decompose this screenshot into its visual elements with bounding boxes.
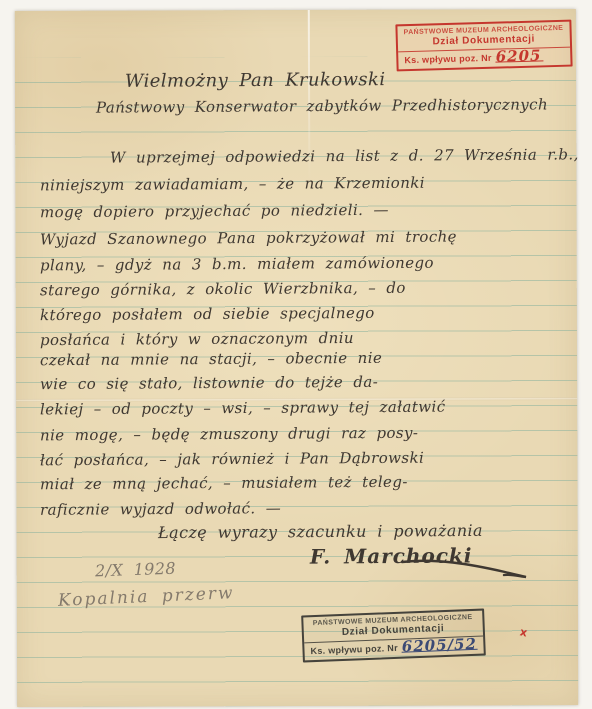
registry-stamp-bottom: PAŃSTWOWE MUZEUM ARCHEOLOGICZNE Dział Do… <box>301 609 485 663</box>
body-line: łać posłańca, – jak również i Pan Dąbrow… <box>40 449 424 470</box>
body-line: miał ze mną jechać, – musiałem też teleg… <box>40 473 408 494</box>
closing-line: Łączę wyrazy szacunku i poważania <box>158 521 483 542</box>
body-line: W uprzejmej odpowiedzi na list z d. 27 W… <box>110 145 579 166</box>
scanned-letter-page: PAŃSTWOWE MUZEUM ARCHEOLOGICZNE Dział Do… <box>0 0 592 709</box>
body-line: mogę dopiero przyjechać po niedzieli. — <box>40 201 389 221</box>
registry-number-label: Ks. wpływu poz. Nr <box>404 53 492 65</box>
body-line: plany, – gdyż na 3 b.m. miałem zamówione… <box>40 254 434 275</box>
body-line: nie mogę, – będę zmuszony drugi raz posy… <box>40 424 418 445</box>
body-line: którego posłałem od siebie specjalnego <box>40 304 375 324</box>
body-line: posłańca i który w oznaczonym dniu <box>40 329 354 349</box>
body-line: Wyjazd Szanownego Pana pokrzyżował mi tr… <box>40 228 457 249</box>
body-line: lekiej – od poczty – wsi, – sprawy tej z… <box>40 398 446 419</box>
salutation-line-2: Państwowy Konserwator zabytków Przedhist… <box>96 95 548 116</box>
registry-number-value: 6205 <box>496 50 544 62</box>
body-line: niniejszym zawiadamiam, – że na Krzemion… <box>40 174 425 195</box>
registry-stamp-top: PAŃSTWOWE MUZEUM ARCHEOLOGICZNE Dział Do… <box>396 20 573 72</box>
body-line: czekał na mnie na stacji, – obecnie nie <box>40 349 382 369</box>
registry-number-label: Ks. wpływu poz. Nr <box>310 643 398 656</box>
body-line: starego górnika, z okolic Wierzbnika, – … <box>40 279 406 300</box>
salutation-line-1: Wielmożny Pan Krukowski <box>125 69 386 92</box>
registry-number-value: 6205/52 <box>402 639 477 653</box>
body-line: raficznie wyjazd odwołać. — <box>40 499 281 519</box>
date: 2/X 1928 <box>95 559 177 581</box>
signature-flourish <box>400 556 530 580</box>
body-line: wie co się stało, listownie do tejże da- <box>40 373 378 393</box>
